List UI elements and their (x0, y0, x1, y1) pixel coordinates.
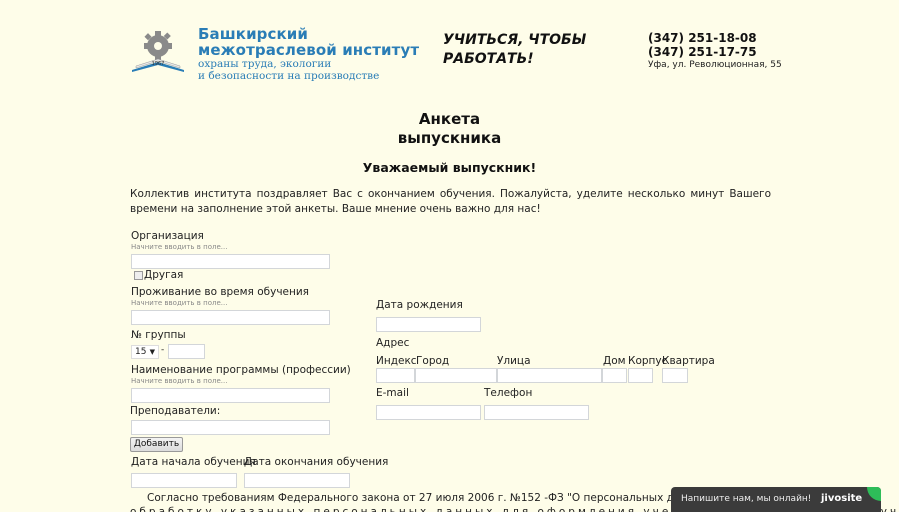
house-label: Дом (603, 355, 626, 367)
page-title-line2: выпускника (0, 129, 899, 148)
organization-label: Организация (131, 230, 204, 242)
other-organization-label: Другая (144, 269, 183, 281)
street-input[interactable] (497, 368, 602, 383)
apartment-label: Квартира (662, 355, 715, 367)
phone-input[interactable] (484, 405, 589, 420)
institute-logo-icon: 1967 (128, 28, 188, 74)
email-label: E-mail (376, 387, 409, 399)
city-input[interactable] (415, 368, 497, 383)
chat-widget-brand: jivosite (821, 493, 862, 504)
program-label: Наименование программы (профессии) (131, 364, 351, 376)
other-organization-checkbox[interactable] (134, 271, 143, 280)
page-subtitle: Уважаемый выпускник! (0, 160, 899, 175)
slogan-line1: УЧИТЬСЯ, ЧТОБЫ (443, 31, 586, 50)
start-date-input[interactable] (131, 473, 237, 488)
program-input[interactable] (131, 388, 330, 403)
teachers-input[interactable] (131, 420, 330, 435)
phone-2: (347) 251-17-75 (648, 45, 757, 59)
group-label: № группы (131, 329, 186, 341)
logo-title: Башкирский межотраслевой институт (198, 26, 419, 58)
page-title: Анкета выпускника (0, 110, 899, 148)
slogan: УЧИТЬСЯ, ЧТОБЫ РАБОТАТЬ! (443, 31, 586, 69)
chat-status-icon (867, 487, 881, 501)
slogan-line2: РАБОТАТЬ! (443, 50, 586, 69)
email-input[interactable] (376, 405, 481, 420)
page-title-line1: Анкета (0, 110, 899, 129)
end-date-label: Дата окончания обучения (244, 456, 388, 468)
logo-subtitle-line1: охраны труда, экологии (198, 58, 379, 70)
logo-subtitle-line2: и безопасности на производстве (198, 70, 379, 82)
group-suffix-input[interactable] (168, 344, 205, 359)
svg-text:1967: 1967 (152, 61, 165, 67)
program-hint: Начните вводить в поле... (131, 377, 227, 385)
residence-input[interactable] (131, 310, 330, 325)
apartment-input[interactable] (662, 368, 688, 383)
intro-text: Коллектив института поздравляет Вас с ок… (130, 187, 771, 217)
chat-widget-text: Напишите нам, мы онлайн! (681, 494, 811, 504)
organization-hint: Начните вводить в поле... (131, 243, 227, 251)
building-input[interactable] (628, 368, 653, 383)
index-input[interactable] (376, 368, 415, 383)
organization-input[interactable] (131, 254, 330, 269)
logo-title-line1: Башкирский (198, 26, 419, 42)
residence-label: Проживание во время обучения (131, 286, 309, 298)
end-date-input[interactable] (244, 473, 350, 488)
birth-date-input[interactable] (376, 317, 481, 332)
city-label: Город (416, 355, 449, 367)
chevron-down-icon: ▼ (150, 346, 155, 358)
index-label: Индекс (376, 355, 417, 367)
group-number-select[interactable]: 15 ▼ (131, 345, 159, 359)
birth-date-label: Дата рождения (376, 299, 463, 311)
chat-widget[interactable]: Напишите нам, мы онлайн! jivosite (671, 487, 881, 512)
house-input[interactable] (602, 368, 627, 383)
phone-1: (347) 251-18-08 (648, 31, 757, 45)
logo-title-line2: межотраслевой институт (198, 42, 419, 58)
logo-subtitle: охраны труда, экологии и безопасности на… (198, 58, 379, 82)
teachers-label: Преподаватели: (130, 405, 220, 417)
start-date-label: Дата начала обучения (131, 456, 256, 468)
residence-hint: Начните вводить в поле... (131, 299, 227, 307)
street-label: Улица (497, 355, 531, 367)
add-teacher-button[interactable]: Добавить (130, 437, 183, 452)
phone-label: Телефон (484, 387, 532, 399)
address-text: Уфа, ул. Революционная, 55 (648, 60, 782, 70)
group-select-value: 15 (135, 347, 146, 357)
address-label: Адрес (376, 337, 409, 349)
group-dash: - (161, 345, 164, 355)
